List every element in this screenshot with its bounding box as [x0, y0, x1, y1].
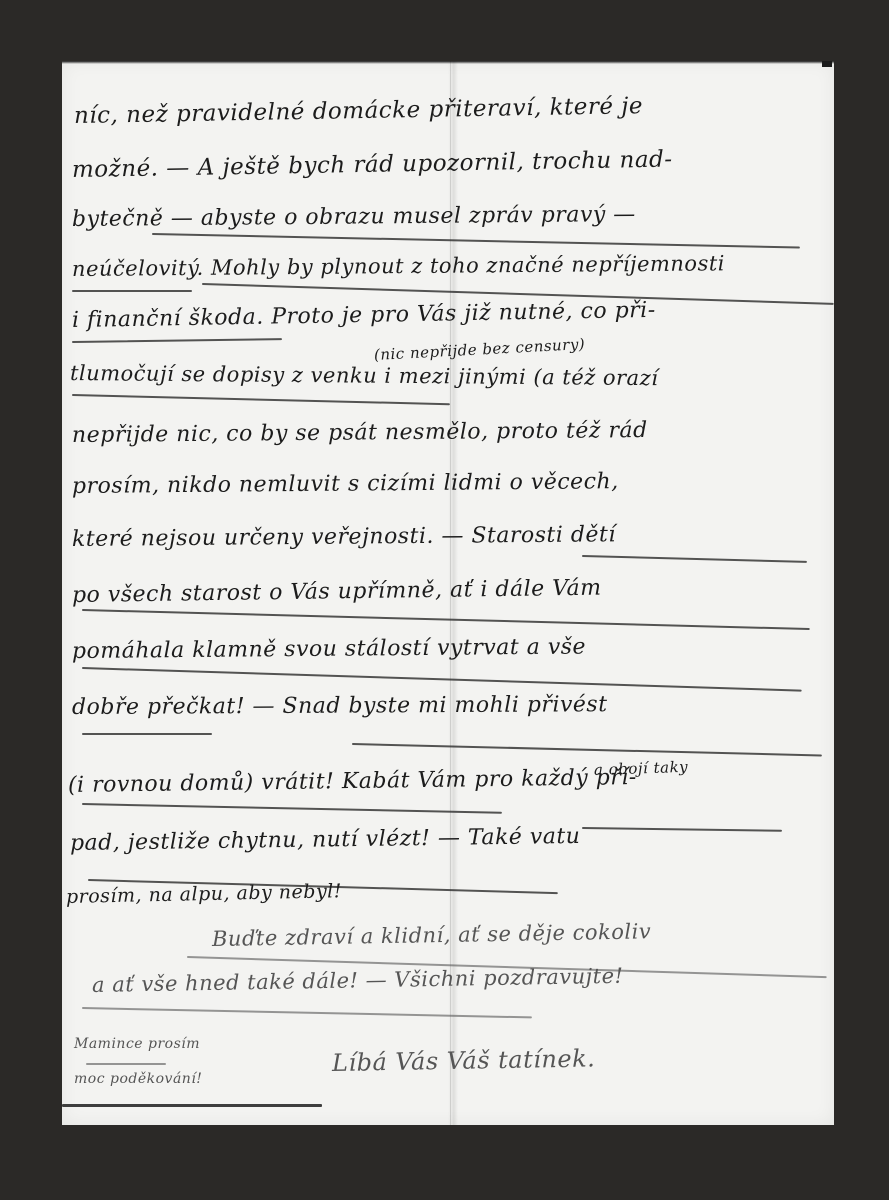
underline [82, 733, 212, 735]
corner-mark [822, 61, 832, 67]
letter-line-12: dobře přečkat! — Snad byste mi mohli při… [72, 692, 608, 720]
underline [582, 555, 807, 563]
underline [72, 394, 450, 405]
underline [152, 233, 800, 249]
underline [82, 609, 810, 630]
letter-page: níc, než pravidelné domácke přiteraví, k… [62, 61, 834, 1125]
letter-line-14: pad, jestliže chytnu, nutí vlézt! — Také… [70, 824, 581, 856]
letter-line-11: pomáhala klamně svou stálostí vytrvat a … [72, 635, 586, 664]
letter-side-note-1: Mamince prosím [74, 1036, 200, 1052]
underline [352, 743, 822, 756]
underline [82, 1007, 532, 1018]
underline [72, 338, 282, 343]
underline [72, 290, 192, 292]
letter-line-1: níc, než pravidelné domácke přiteraví, k… [74, 93, 643, 129]
underline [82, 667, 802, 692]
underline [86, 1063, 166, 1065]
letter-line-9: které nejsou určeny veřejnosti. — Staros… [72, 522, 616, 552]
letter-line-5: i finanční škoda. Proto je pro Vás již n… [72, 298, 656, 333]
letter-insertion-censorship: (nic nepřijde bez censury) [374, 335, 586, 364]
letter-line-8: prosím, nikdo nemluvit s cizími lidmi o … [72, 469, 619, 499]
letter-line-6: tlumočují se dopisy z venku i mezi jiným… [70, 361, 659, 390]
underline [582, 827, 782, 832]
letter-signature: Líbá Vás Váš tatínek. [332, 1044, 596, 1077]
bottom-rule [62, 1104, 322, 1107]
letter-line-16: Buďte zdraví a klidní, ať se děje cokoli… [212, 919, 652, 951]
letter-line-17: a ať vše hned také dále! — Všichni pozdr… [92, 964, 624, 997]
letter-line-2: možné. — A ještě bych rád upozornil, tro… [72, 147, 673, 183]
letter-line-7: nepřijde nic, co by se psát nesmělo, pro… [72, 418, 648, 448]
letter-line-13: (i rovnou domů) vrátit! Kabát Vám pro ka… [68, 765, 637, 798]
letter-line-4: neúčelovitý. Mohly by plynout z toho zna… [72, 251, 725, 281]
letter-line-3: bytečně — abyste o obrazu musel zpráv pr… [72, 202, 636, 232]
letter-line-15: prosím, na alpu, aby nebyl! [66, 880, 342, 908]
letter-line-10: po všech starost o Vás upřímně, ať i dál… [72, 576, 602, 608]
underline [82, 803, 502, 814]
letter-side-note-2: moc poděkování! [74, 1071, 202, 1087]
